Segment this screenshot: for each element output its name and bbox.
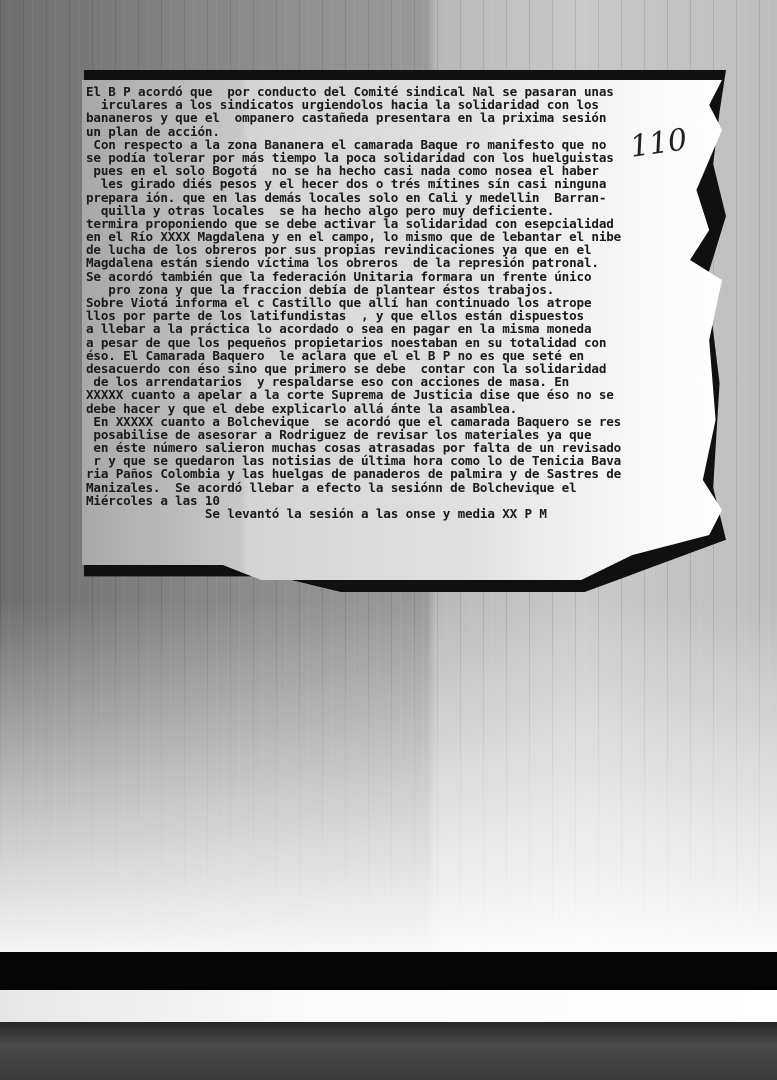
film-frame-white-band: [0, 990, 777, 1022]
document-line: quilla y otras locales se ha hecho algo …: [86, 204, 726, 217]
document-line: En XXXXX cuanto a Bolchevique se acordó …: [86, 415, 726, 428]
film-frame-bottom-band: [0, 1022, 777, 1080]
film-frame-black-band: [0, 952, 777, 990]
document-line: Se acordó también que la federación Unit…: [86, 270, 726, 283]
document-line: les girado diés pesos y el hecer dos o t…: [86, 177, 726, 190]
document-line: debe hacer y que el debe explicarlo allá…: [86, 402, 726, 415]
document-line: prepara ión. que en las demás locales so…: [86, 191, 726, 204]
document-line: Magdalena están siendo víctima los obrer…: [86, 256, 726, 269]
document-line: a llebar a la práctica lo acordado o sea…: [86, 322, 726, 335]
document-line: Se levantó la sesión a las onse y media …: [86, 507, 726, 520]
document-line: a pesar de que los pequeños propietarios…: [86, 336, 726, 349]
document-line: Manizales. Se acordó llebar a efecto la …: [86, 481, 726, 494]
document-line: bananeros y que el ompanero castañeda pr…: [86, 111, 726, 124]
document-line: ria Paños Colombia y las huelgas de pana…: [86, 467, 726, 480]
document-line: éso. El Camarada Baquero le aclara que e…: [86, 349, 726, 362]
document-line: XXXXX cuanto a apelar a la corte Suprema…: [86, 388, 726, 401]
